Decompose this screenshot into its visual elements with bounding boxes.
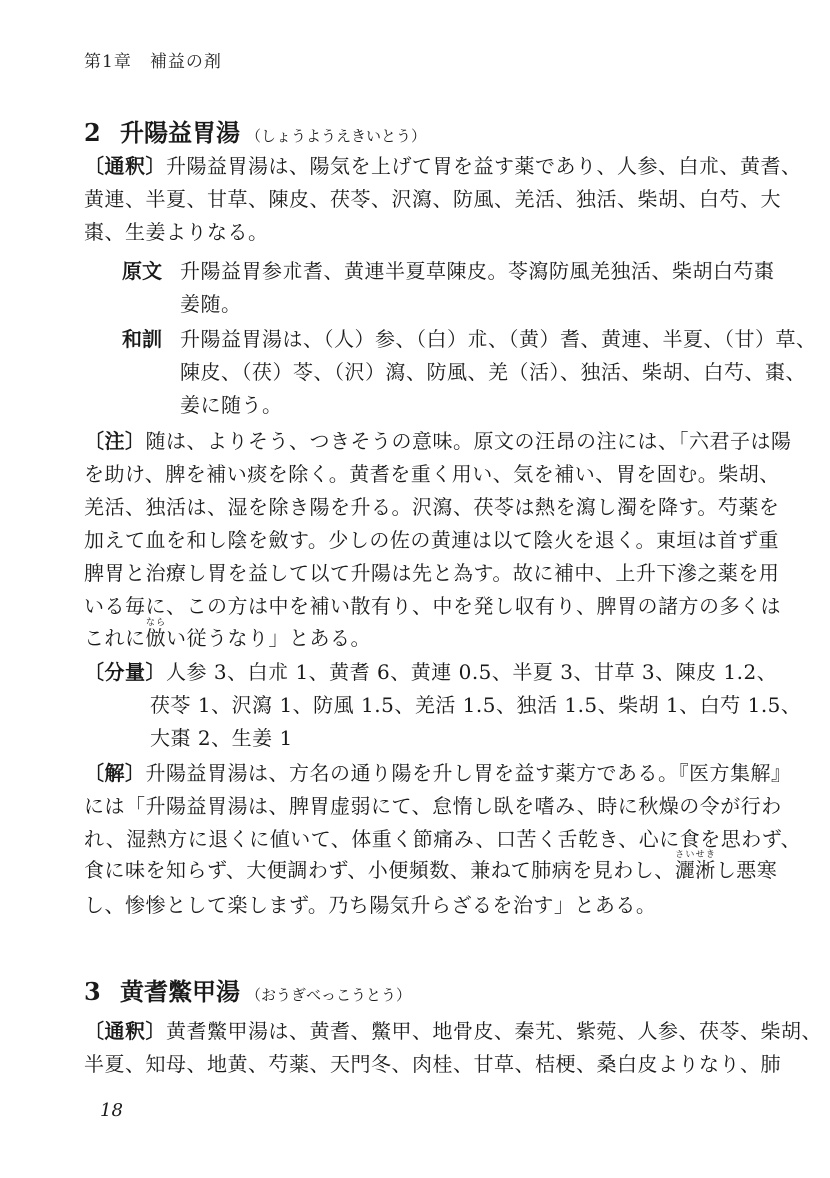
section-2-heading: 2升陽益胃湯（しょうようえきいとう） [84, 113, 426, 148]
kai-line: には「升陽益胃湯は、脾胃虚弱にて、怠惰し臥を嗜み、時に秋燥の令が行わ [84, 790, 782, 819]
bunryo-line: 茯苓 1、沢瀉 1、防風 1.5、羌活 1.5、独活 1.5、柴胡 1、白芍 1… [150, 689, 801, 718]
tsushaku-tag: 〔通釈〕 [84, 154, 166, 178]
ruby-saiseki: 灑淅さいせき [675, 858, 716, 882]
chu-line: これに倣ならい従うなり」とある。 [84, 618, 371, 651]
kai-line: れ、湿熱方に退くに値いて、体重く節痛み、口苦く舌乾き、心に食を思わず、 [84, 823, 801, 852]
tsushaku-line: 黄連、半夏、甘草、陳皮、茯苓、沢瀉、防風、羌活、独活、柴胡、白芍、大 [84, 183, 781, 212]
section-title: 升陽益胃湯 [120, 119, 240, 147]
page-number: 18 [100, 1100, 123, 1121]
wakun-line: 陳皮、（茯）苓、（沢）瀉、防風、羌（活）、独活、柴胡、白芍、棗、 [180, 356, 806, 385]
section-3-heading: 3黄耆鱉甲湯（おうぎべっこうとう） [84, 972, 411, 1007]
genbun-label: 原文 [122, 255, 162, 284]
book-page: 第1章 補益の剤 2升陽益胃湯（しょうようえきいとう） 〔通釈〕升陽益胃湯は、陽… [0, 0, 830, 1178]
section-reading: （しょうようえきいとう） [246, 127, 426, 145]
wakun-label: 和訓 [122, 323, 162, 352]
bunryo-line: 〔分量〕人参 3、白朮 1、黄耆 6、黄連 0.5、半夏 3、甘草 3、陳皮 1… [84, 656, 777, 685]
section-number: 2 [84, 118, 120, 147]
tsushaku-line: 棗、生姜よりなる。 [84, 216, 269, 245]
tsushaku-line: 〔通釈〕黄耆鱉甲湯は、黄耆、鱉甲、地骨皮、秦艽、紫菀、人参、茯苓、柴胡、 [84, 1015, 822, 1044]
chu-line: 羌活、独活は、湿を除き陽を升る。沢瀉、茯苓は熱を瀉し濁を降す。芍薬を [84, 491, 779, 520]
chu-line: 脾胃と治療し胃を益して以て升陽は先と為す。故に補中、上升下滲之薬を用 [84, 557, 779, 586]
chu-line: 〔注〕随は、よりそう、つきそうの意味。原文の汪昂の注には、「六君子は陽 [84, 425, 792, 454]
ruby-nara: 倣なら [146, 626, 167, 650]
kai-line: し、惨惨として楽しまず。乃ち陽気升らざるを治す」とある。 [84, 889, 656, 918]
wakun-line: 姜に随う。 [180, 389, 283, 418]
chu-tag: 〔注〕 [84, 429, 146, 453]
chu-line: を助け、脾を補い痰を除く。黄耆を重く用い、気を補い、胃を固む。柴胡、 [84, 458, 780, 487]
section-title: 黄耆鱉甲湯 [120, 978, 240, 1006]
kai-line: 〔解〕升陽益胃湯は、方名の通り陽を升し胃を益す薬方である。『医方集解』 [84, 757, 792, 786]
running-head: 第1章 補益の剤 [84, 47, 222, 72]
genbun-line: 升陽益胃参朮耆、黄連半夏草陳皮。苓瀉防風羌独活、柴胡白芍棗 [180, 255, 775, 284]
section-number: 3 [84, 977, 120, 1006]
wakun-line: 升陽益胃湯は、（人）参、（白）朮、（黄）耆、黄連、半夏、（甘）草、 [180, 323, 817, 352]
bunryo-tag: 〔分量〕 [84, 660, 166, 684]
bunryo-line: 大棗 2、生姜 1 [150, 722, 293, 751]
chu-line: いる毎に、この方は中を補い散有り、中を発し収有り、脾胃の諸方の多くは [84, 590, 781, 619]
genbun-line: 姜随。 [180, 288, 242, 317]
kai-tag: 〔解〕 [84, 761, 146, 785]
kai-line: 食に味を知らず、大便調わず、小便頻数、兼ねて肺病を見わし、灑淅さいせきし悪寒 [84, 850, 777, 883]
tsushaku-tag: 〔通釈〕 [84, 1019, 166, 1043]
section-reading: （おうぎべっこうとう） [246, 986, 411, 1004]
chu-line: 加えて血を和し陰を斂す。少しの佐の黄連は以て陰火を退く。東垣は首ず重 [84, 524, 779, 553]
tsushaku-line: 〔通釈〕升陽益胃湯は、陽気を上げて胃を益す薬であり、人参、白朮、黄耆、 [84, 150, 802, 179]
tsushaku-line: 半夏、知母、地黄、芍薬、天門冬、肉桂、甘草、桔梗、桑白皮よりなり、肺 [84, 1048, 781, 1077]
